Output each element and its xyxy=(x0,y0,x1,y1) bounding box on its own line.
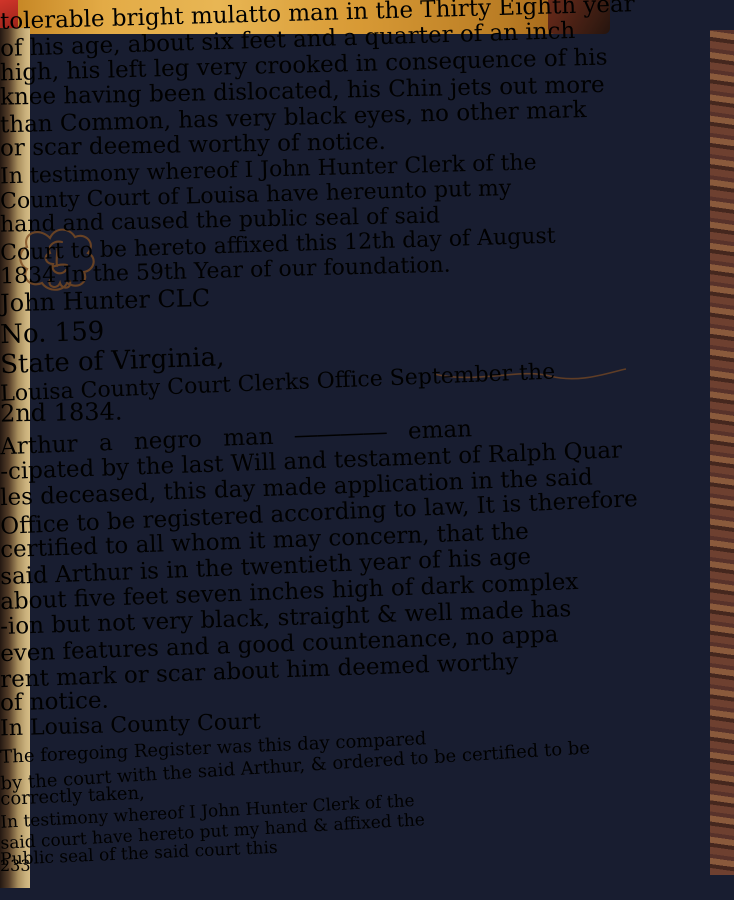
manuscript-page: tolerable bright mulatto man in the Thir… xyxy=(0,0,638,875)
photograph-of-manuscript: tolerable bright mulatto man in the Thir… xyxy=(0,0,734,900)
underlying-page-edge-right xyxy=(658,42,725,889)
